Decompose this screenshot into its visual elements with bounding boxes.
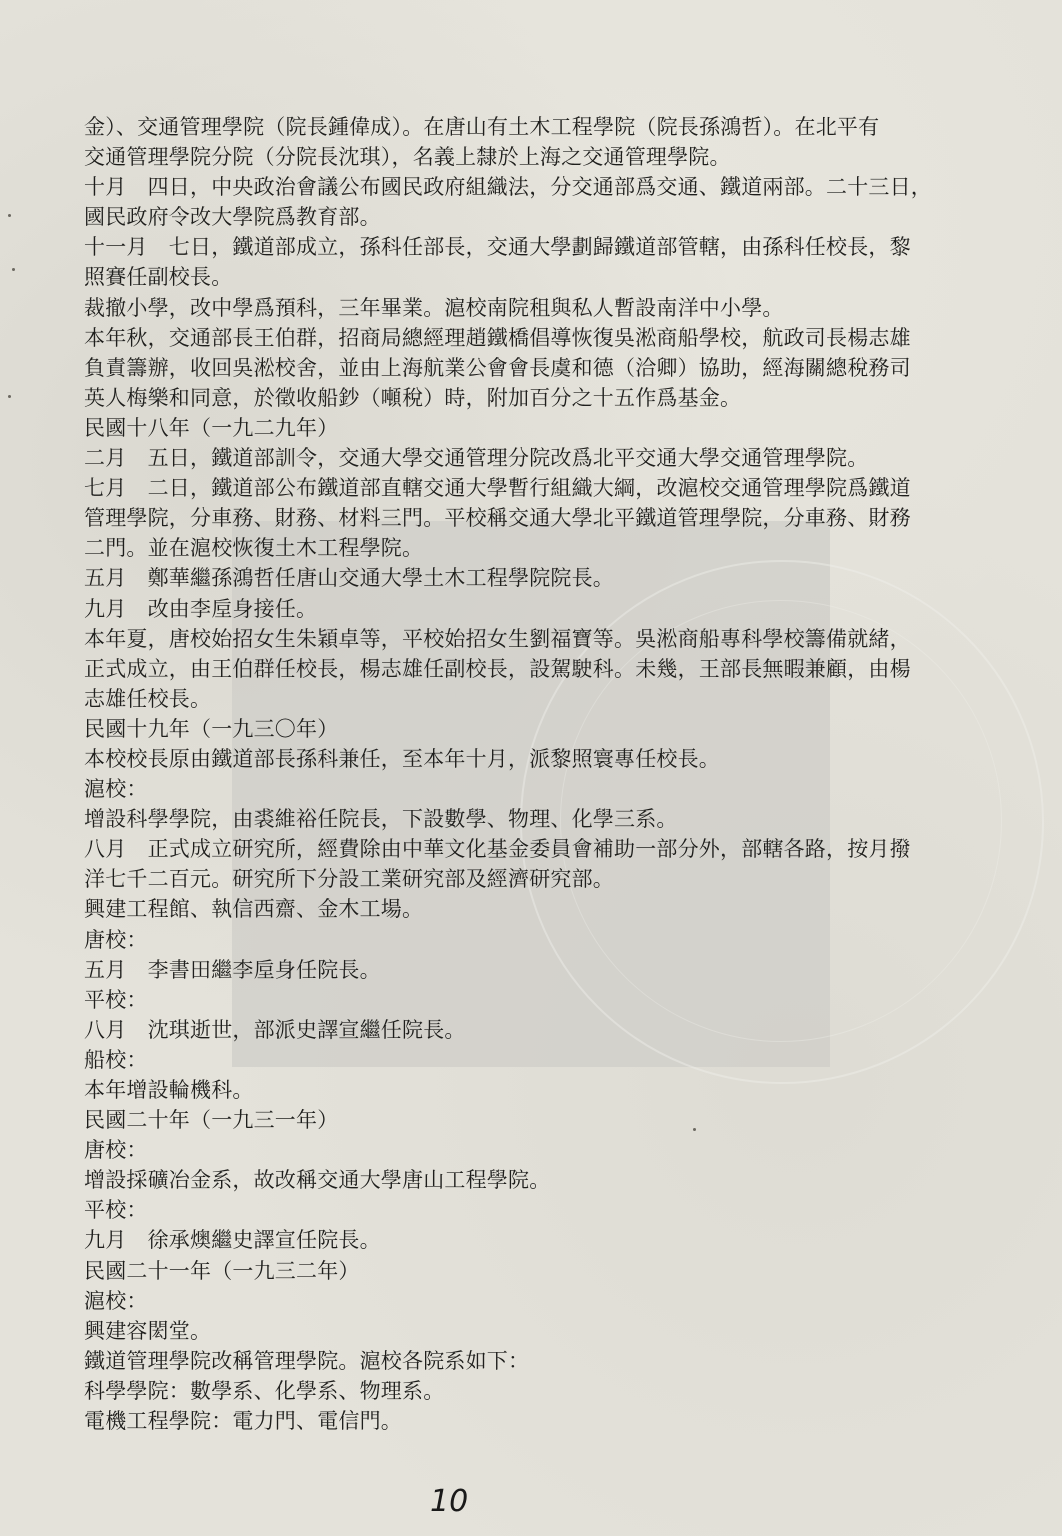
- text-line: 電機工程學院：電力門、電信門。: [84, 1406, 964, 1436]
- year-heading: 民國十九年（一九三〇年）: [84, 714, 964, 744]
- text-line: 興建容閎堂。: [84, 1316, 964, 1346]
- campus-heading: 唐校：: [84, 1135, 964, 1165]
- campus-heading: 滬校：: [84, 1286, 964, 1316]
- text-line: 五月 鄭華繼孫鴻哲任唐山交通大學土木工程學院院長。: [84, 563, 964, 593]
- text-line: 二門。並在滬校恢復土木工程學院。: [84, 533, 964, 563]
- paper-speck: [8, 395, 11, 398]
- text-line: 英人梅樂和同意，於徵收船鈔（噸稅）時，附加百分之十五作爲基金。: [84, 383, 964, 413]
- text-line: 增設採礦冶金系，故改稱交通大學唐山工程學院。: [84, 1165, 964, 1195]
- text-line: 本校校長原由鐵道部長孫科兼任，至本年十月，派黎照寰專任校長。: [84, 744, 964, 774]
- text-line: 九月 改由李垕身接任。: [84, 594, 964, 624]
- text-line: 十月 四日，中央政治會議公布國民政府組織法，分交通部爲交通、鐵道兩部。二十三日，: [84, 172, 964, 202]
- text-line: 本年秋，交通部長王伯群，招商局總經理趙鐵橋倡導恢復吳淞商船學校，航政司長楊志雄: [84, 323, 964, 353]
- text-line: 科學學院：數學系、化學系、物理系。: [84, 1376, 964, 1406]
- paper-speck: [12, 268, 15, 271]
- text-line: 八月 沈琪逝世，部派史譯宣繼任院長。: [84, 1015, 964, 1045]
- text-line: 洋七千二百元。研究所下分設工業研究部及經濟研究部。: [84, 864, 964, 894]
- year-heading: 民國十八年（一九二九年）: [84, 413, 964, 443]
- text-line: 管理學院，分車務、財務、材料三門。平校稱交通大學北平鐵道管理學院，分車務、財務: [84, 503, 964, 533]
- text-line: 興建工程館、執信西齋、金木工場。: [84, 894, 964, 924]
- text-line: 本年增設輪機科。: [84, 1075, 964, 1105]
- text-line: 本年夏，唐校始招女生朱穎卓等，平校始招女生劉福寶等。吳淞商船專科學校籌備就緒，: [84, 624, 964, 654]
- text-line: 交通管理學院分院（分院長沈琪），名義上隸於上海之交通管理學院。: [84, 142, 964, 172]
- year-heading: 民國二十年（一九三一年）: [84, 1105, 964, 1135]
- text-line: 二月 五日，鐵道部訓令，交通大學交通管理分院改爲北平交通大學交通管理學院。: [84, 443, 964, 473]
- text-line: 增設科學學院，由裘維裕任院長，下設數學、物理、化學三系。: [84, 804, 964, 834]
- text-line: 照賽任副校長。: [84, 262, 964, 292]
- year-heading: 民國二十一年（一九三二年）: [84, 1256, 964, 1286]
- text-line: 國民政府令改大學院爲教育部。: [84, 202, 964, 232]
- text-line: 十一月 七日，鐵道部成立，孫科任部長，交通大學劃歸鐵道部管轄，由孫科任校長，黎: [84, 232, 964, 262]
- text-line: 八月 正式成立研究所，經費除由中華文化基金委員會補助一部分外，部轄各路，按月撥: [84, 834, 964, 864]
- text-line: 志雄任校長。: [84, 684, 964, 714]
- text-line: 正式成立，由王伯群任校長，楊志雄任副校長，設駕駛科。未幾，王部長無暇兼顧，由楊: [84, 654, 964, 684]
- page-number: 10: [430, 1484, 468, 1519]
- text-line: 金）、交通管理學院（院長鍾偉成）。在唐山有土木工程學院（院長孫鴻哲）。在北平有: [84, 112, 964, 142]
- campus-heading: 船校：: [84, 1045, 964, 1075]
- campus-heading: 平校：: [84, 985, 964, 1015]
- document-body: 金）、交通管理學院（院長鍾偉成）。在唐山有土木工程學院（院長孫鴻哲）。在北平有 …: [84, 112, 964, 1436]
- campus-heading: 唐校：: [84, 925, 964, 955]
- text-line: 裁撤小學，改中學爲預科，三年畢業。滬校南院租與私人暫設南洋中小學。: [84, 293, 964, 323]
- text-line: 五月 李書田繼李垕身任院長。: [84, 955, 964, 985]
- campus-heading: 平校：: [84, 1195, 964, 1225]
- text-line: 九月 徐承燠繼史譯宣任院長。: [84, 1225, 964, 1255]
- campus-heading: 滬校：: [84, 774, 964, 804]
- text-line: 七月 二日，鐵道部公布鐵道部直轄交通大學暫行組織大綱，改滬校交通管理學院爲鐵道: [84, 473, 964, 503]
- text-line: 鐵道管理學院改稱管理學院。滬校各院系如下：: [84, 1346, 964, 1376]
- paper-speck: [8, 214, 11, 217]
- text-line: 負責籌辦，收回吳淞校舍，並由上海航業公會會長虞和德（洽卿）協助，經海關總稅務司: [84, 353, 964, 383]
